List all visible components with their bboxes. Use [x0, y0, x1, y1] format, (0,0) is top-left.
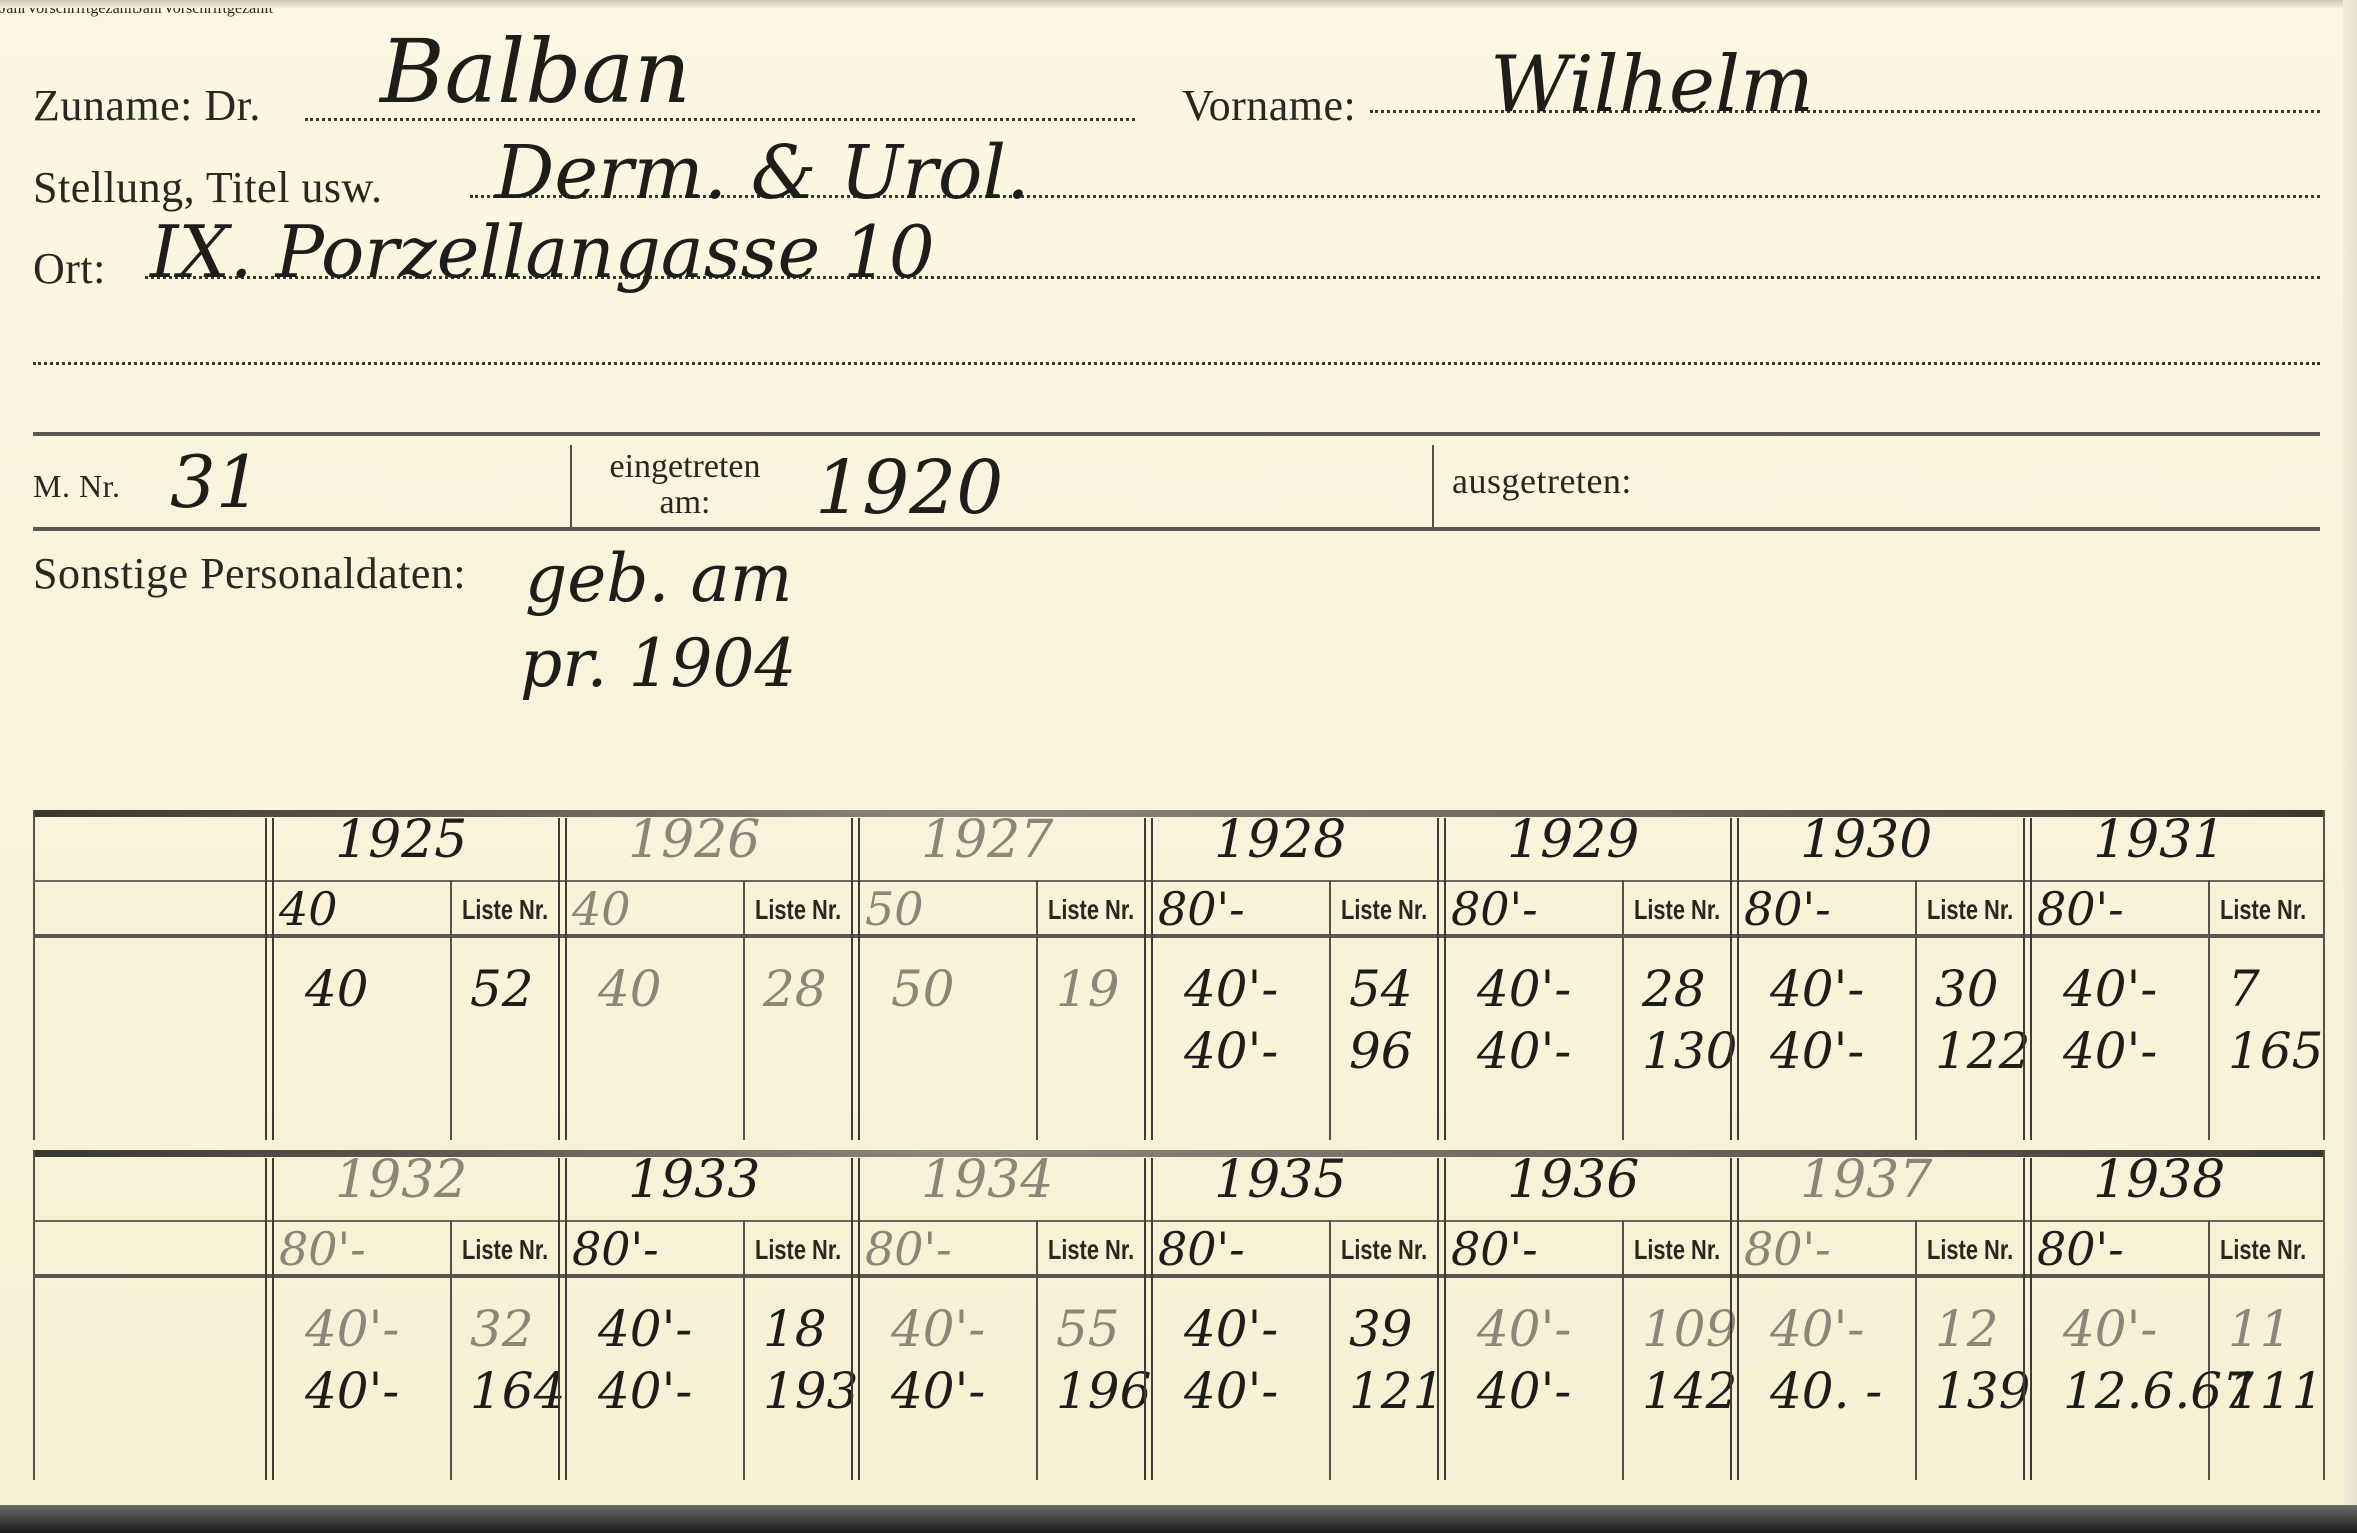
liste-nr-value: 28 [763, 960, 827, 1018]
liste-column-divider [2208, 880, 2210, 1140]
year-block-divider [2023, 1158, 2032, 1480]
card-right-edge [2343, 0, 2357, 1533]
vorschrift-value: 80'- [1451, 882, 1538, 936]
year-block-divider [1144, 1158, 1153, 1480]
vorname-label: Vorname: [1182, 80, 1356, 131]
liste-nr-label: Liste Nr. [462, 894, 548, 926]
jahr-value: 1928 [1214, 810, 1346, 870]
liste-nr-value: 52 [470, 960, 534, 1018]
gezahlt-value: 40'- [891, 1300, 985, 1358]
liste-column-divider [1622, 1220, 1624, 1480]
gezahlt-value: 40'- [1770, 1300, 1864, 1358]
year-block-divider [1437, 818, 1446, 1140]
year-block-divider [265, 1158, 274, 1480]
membership-divider-1 [570, 445, 572, 527]
membership-top-rule [33, 432, 2320, 436]
vorschrift-value: 80'- [865, 1222, 952, 1276]
jahr-value: 1937 [1800, 1150, 1932, 1210]
vorschrift-value: 80'- [1744, 882, 1831, 936]
gezahlt-value: 40'- [1477, 1022, 1571, 1080]
table-right-border [2323, 1150, 2325, 1480]
year-block-divider [1730, 1158, 1739, 1480]
liste-nr-label: Liste Nr. [2220, 894, 2306, 926]
gezahlt-value: 40'- [2063, 1022, 2157, 1080]
jahr-value: 1932 [335, 1150, 467, 1210]
liste-nr-label: Liste Nr. [462, 1234, 548, 1266]
vorschrift-value: 80'- [1158, 882, 1245, 936]
vorschrift-value: 80'- [2037, 1222, 2124, 1276]
vorschrift-value: 80'- [1158, 1222, 1245, 1276]
jahr-value: 1931 [2093, 810, 2225, 870]
vorschrift-value: 80'- [1451, 1222, 1538, 1276]
liste-column-divider [743, 1220, 745, 1480]
liste-column-divider [2208, 1220, 2210, 1480]
zuname-label: Zuname: Dr. [33, 80, 261, 131]
vorschrift-value: 40 [279, 882, 338, 936]
year-block-divider [1144, 818, 1153, 1140]
liste-nr-value: 142 [1642, 1362, 1737, 1420]
card-top-edge [0, 0, 2357, 8]
liste-nr-value: 32 [470, 1300, 534, 1358]
table-left-border [33, 1150, 35, 1480]
vorschrift-value: 80'- [2037, 882, 2124, 936]
personal-data-label: Sonstige Personaldaten: [33, 548, 466, 599]
liste-column-divider [1329, 880, 1331, 1140]
gezahlt-value: 50 [891, 960, 955, 1018]
liste-nr-value: 55 [1056, 1300, 1120, 1358]
year-block-divider [851, 818, 860, 1140]
liste-nr-value: 96 [1349, 1022, 1413, 1080]
year-block-divider [851, 1158, 860, 1480]
gezahlt-value: 40. - [1770, 1362, 1882, 1420]
personal-data-line2: pr. 1904 [520, 625, 796, 702]
year-block-divider [558, 818, 567, 1140]
liste-nr-value: 12 [1935, 1300, 1999, 1358]
liste-column-divider [743, 880, 745, 1140]
liste-nr-value: 139 [1935, 1362, 2030, 1420]
liste-nr-value: 196 [1056, 1362, 1151, 1420]
table-left-border [33, 810, 35, 1140]
eingetreten-label-line2: am: [595, 484, 775, 522]
ort-label: Ort: [33, 243, 106, 294]
gezahlt-value: 40'- [1477, 1300, 1571, 1358]
gezahlt-value: 40'- [1184, 1362, 1278, 1420]
jahr-value: 1929 [1507, 810, 1639, 870]
liste-column-divider [1915, 880, 1917, 1140]
gezahlt-value: 40'- [1770, 960, 1864, 1018]
vorschrift-value: 40 [572, 882, 631, 936]
vorschrift-value: 80'- [279, 1222, 366, 1276]
liste-column-divider [1622, 880, 1624, 1140]
mnr-value: 31 [170, 440, 262, 524]
ort-value: IX. Porzellangasse 10 [150, 210, 935, 294]
jahr-value: 1925 [335, 810, 467, 870]
jahr-value: 1934 [921, 1150, 1053, 1210]
gezahlt-value: 40'- [305, 1300, 399, 1358]
liste-nr-value: 193 [763, 1362, 858, 1420]
blank-dotted-line [33, 362, 2320, 365]
gezahlt-value: 40'- [1770, 1022, 1864, 1080]
liste-column-divider [1036, 1220, 1038, 1480]
jahr-value: 1926 [628, 810, 760, 870]
liste-column-divider [450, 1220, 452, 1480]
liste-nr-label: Liste Nr. [2220, 1234, 2306, 1266]
liste-nr-label: Liste Nr. [755, 894, 841, 926]
liste-nr-value: 111 [2228, 1362, 2323, 1420]
gezahlt-value: 40'- [305, 1362, 399, 1420]
liste-nr-value: 19 [1056, 960, 1120, 1018]
year-block-divider [265, 818, 274, 1140]
liste-nr-value: 165 [2228, 1022, 2323, 1080]
liste-nr-value: 30 [1935, 960, 1999, 1018]
liste-nr-value: 39 [1349, 1300, 1413, 1358]
mnr-label: M. Nr. [33, 468, 120, 505]
liste-nr-label: Liste Nr. [1927, 894, 2013, 926]
liste-nr-label: Liste Nr. [1341, 894, 1427, 926]
card-bottom-edge [0, 1505, 2357, 1533]
liste-nr-value: 54 [1349, 960, 1413, 1018]
vorname-value: Wilhelm [1490, 40, 1814, 130]
jahr-value: 1936 [1507, 1150, 1639, 1210]
eingetreten-value: 1920 [815, 445, 1003, 531]
member-index-card: Zuname: Dr. Balban Vorname: Wilhelm Stel… [0, 0, 2357, 1533]
gezahlt-value: 40 [598, 960, 662, 1018]
year-block-divider [1730, 818, 1739, 1140]
gezahlt-value: 40'- [1184, 1022, 1278, 1080]
year-block-divider [2023, 818, 2032, 1140]
liste-nr-value: 164 [470, 1362, 565, 1420]
liste-nr-label: Liste Nr. [1634, 1234, 1720, 1266]
liste-column-divider [450, 880, 452, 1140]
liste-nr-value: 121 [1349, 1362, 1444, 1420]
table-right-border [2323, 810, 2325, 1140]
liste-nr-value: 130 [1642, 1022, 1737, 1080]
gezahlt-value: 40'- [1184, 960, 1278, 1018]
vorschrift-value: 50 [865, 882, 924, 936]
gezahlt-value: 12.6.67 [2063, 1362, 2254, 1420]
liste-nr-label: Liste Nr. [755, 1234, 841, 1266]
zuname-value: Balban [380, 20, 691, 123]
jahr-value: 1927 [921, 810, 1053, 870]
liste-column-divider [1915, 1220, 1917, 1480]
liste-nr-label: Liste Nr. [1927, 1234, 2013, 1266]
gezahlt-value: 40'- [1477, 1362, 1571, 1420]
liste-nr-value: 28 [1642, 960, 1706, 1018]
gezahlt-value: 40 [305, 960, 369, 1018]
gezahlt-value: 40'- [891, 1362, 985, 1420]
stellung-value: Derm. & Urol. [495, 130, 1030, 216]
jahr-value: 1930 [1800, 810, 1932, 870]
personal-data-line1: geb. am [525, 540, 792, 617]
liste-nr-label: Liste Nr. [1341, 1234, 1427, 1266]
liste-nr-label: Liste Nr. [1634, 894, 1720, 926]
jahr-value: 1935 [1214, 1150, 1346, 1210]
ausgetreten-label: ausgetreten: [1452, 460, 1632, 502]
liste-nr-label: Liste Nr. [1048, 1234, 1134, 1266]
jahr-value: 1938 [2093, 1150, 2225, 1210]
gezahlt-value: 40'- [2063, 1300, 2157, 1358]
gezahlt-value: 40'- [598, 1362, 692, 1420]
vorschrift-value: 80'- [572, 1222, 659, 1276]
gezahlt-value: 40'- [1477, 960, 1571, 1018]
vorschrift-value: 80'- [1744, 1222, 1831, 1276]
stellung-label: Stellung, Titel usw. [33, 162, 382, 213]
liste-nr-label: Liste Nr. [1048, 894, 1134, 926]
liste-nr-value: 7 [2228, 960, 2260, 1018]
liste-nr-value: 122 [1935, 1022, 2030, 1080]
liste-column-divider [1036, 880, 1038, 1140]
liste-nr-value: 18 [763, 1300, 827, 1358]
membership-bottom-rule [33, 527, 2320, 531]
gezahlt-value: 40'- [598, 1300, 692, 1358]
year-block-divider [1437, 1158, 1446, 1480]
eingetreten-label-line1: eingetreten [595, 448, 775, 486]
jahr-value: 1933 [628, 1150, 760, 1210]
liste-column-divider [1329, 1220, 1331, 1480]
year-block-divider [558, 1158, 567, 1480]
gezahlt-value: 40'- [2063, 960, 2157, 1018]
membership-divider-2 [1432, 445, 1434, 527]
liste-nr-value: 109 [1642, 1300, 1737, 1358]
gezahlt-value: 40'- [1184, 1300, 1278, 1358]
liste-nr-value: 11 [2228, 1300, 2292, 1358]
